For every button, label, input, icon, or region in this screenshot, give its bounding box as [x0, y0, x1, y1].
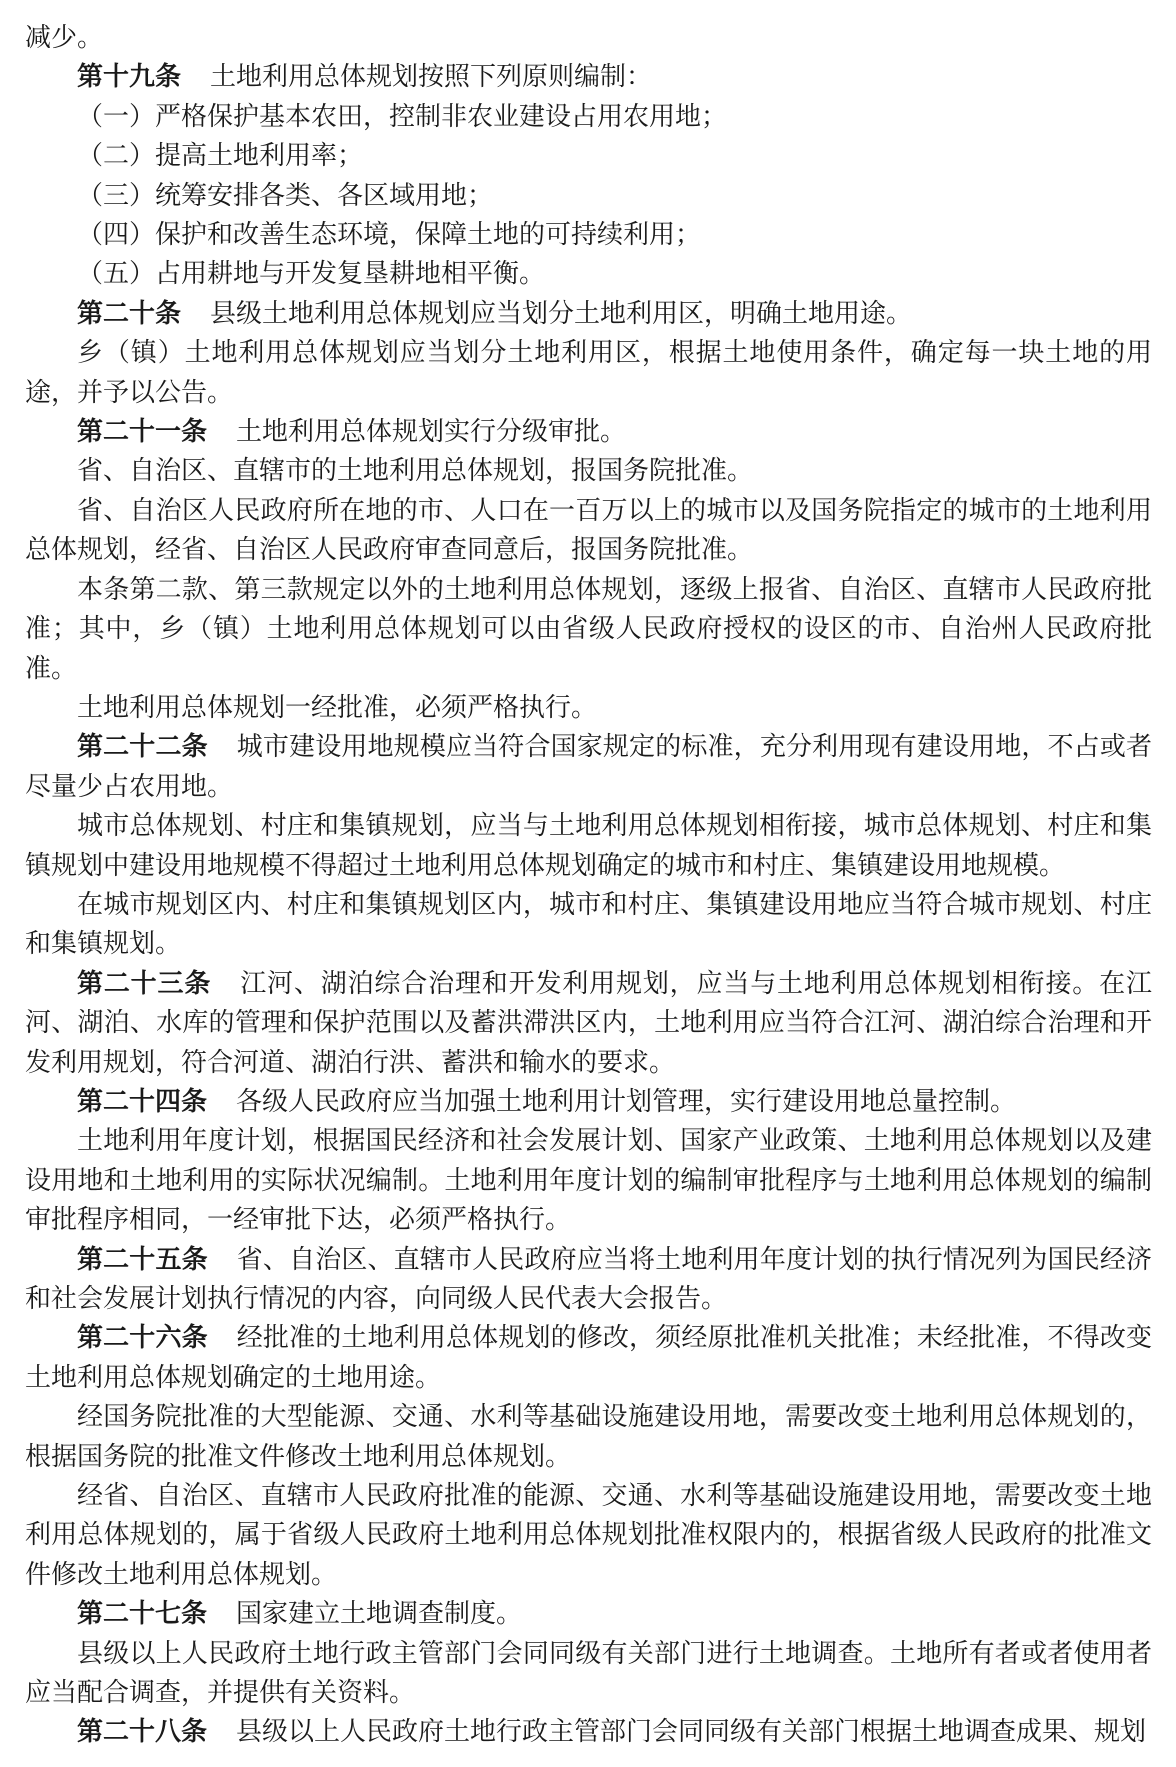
article-number: 第二十六条	[77, 1323, 237, 1353]
article-26-paragraph: 第二十六条经批准的土地利用总体规划的修改，须经原批准机关批准；未经批准，不得改变…	[25, 1319, 1152, 1398]
paragraph-text: 在城市规划区内、村庄和集镇规划区内，城市和村庄、集镇建设用地应当符合城市规划、村…	[25, 890, 1152, 959]
paragraph-text: 国家建立土地调查制度。	[236, 1599, 522, 1629]
paragraph-text: 省、自治区人民政府所在地的市、人口在一百万以上的城市以及国务院指定的城市的土地利…	[25, 496, 1152, 565]
body-paragraph: 省、自治区人民政府所在地的市、人口在一百万以上的城市以及国务院指定的城市的土地利…	[25, 492, 1152, 571]
body-paragraph: 县级以上人民政府土地行政主管部门会同同级有关部门进行土地调查。土地所有者或者使用…	[25, 1635, 1152, 1714]
list-item-4: （四）保护和改善生态环境，保障土地的可持续利用；	[25, 216, 1152, 255]
article-23-paragraph: 第二十三条江河、湖泊综合治理和开发利用规划，应当与土地利用总体规划相衔接。在江河…	[25, 965, 1152, 1083]
article-20-paragraph: 第二十条县级土地利用总体规划应当划分土地利用区，明确土地用途。	[25, 295, 1152, 334]
paragraph-text: 省、自治区、直辖市的土地利用总体规划，报国务院批准。	[77, 456, 753, 486]
paragraph-text: 本条第二款、第三款规定以外的土地利用总体规划，逐级上报省、自治区、直辖市人民政府…	[25, 575, 1152, 684]
article-number: 第二十八条	[77, 1717, 236, 1747]
article-21-paragraph: 第二十一条土地利用总体规划实行分级审批。	[25, 413, 1152, 452]
article-number: 第二十四条	[77, 1087, 236, 1117]
paragraph-text: （四）保护和改善生态环境，保障土地的可持续利用；	[77, 220, 701, 250]
paragraph-text: 县级以上人民政府土地行政主管部门会同同级有关部门根据土地调查成果、规划	[236, 1717, 1146, 1747]
article-number: 第二十一条	[77, 417, 236, 447]
list-item-2: （二）提高土地利用率；	[25, 137, 1152, 176]
body-paragraph: 土地利用年度计划，根据国民经济和社会发展计划、国家产业政策、土地利用总体规划以及…	[25, 1122, 1152, 1240]
paragraph-text: 县级以上人民政府土地行政主管部门会同同级有关部门进行土地调查。土地所有者或者使用…	[25, 1639, 1152, 1708]
paragraph-text: 土地利用年度计划，根据国民经济和社会发展计划、国家产业政策、土地利用总体规划以及…	[25, 1126, 1152, 1235]
article-24-paragraph: 第二十四条各级人民政府应当加强土地利用计划管理，实行建设用地总量控制。	[25, 1083, 1152, 1122]
body-paragraph: 经省、自治区、直辖市人民政府批准的能源、交通、水利等基础设施建设用地，需要改变土…	[25, 1477, 1152, 1595]
article-25-paragraph: 第二十五条省、自治区、直辖市人民政府应当将土地利用年度计划的执行情况列为国民经济…	[25, 1241, 1152, 1320]
paragraph-text: 土地利用总体规划一经批准，必须严格执行。	[77, 693, 597, 723]
article-28-paragraph: 第二十八条县级以上人民政府土地行政主管部门会同同级有关部门根据土地调查成果、规划	[25, 1713, 1152, 1752]
body-paragraph: 城市总体规划、村庄和集镇规划，应当与土地利用总体规划相衔接，城市总体规划、村庄和…	[25, 807, 1152, 886]
paragraph-continuation: 减少。	[25, 19, 1152, 58]
article-number: 第二十七条	[77, 1599, 236, 1629]
article-number: 第二十二条	[77, 732, 237, 762]
body-paragraph: 本条第二款、第三款规定以外的土地利用总体规划，逐级上报省、自治区、直辖市人民政府…	[25, 571, 1152, 689]
article-number: 第二十三条	[77, 969, 240, 999]
paragraph-text: 县级土地利用总体规划应当划分土地利用区，明确土地用途。	[210, 299, 912, 329]
article-number: 第十九条	[77, 62, 210, 92]
paragraph-text: 土地利用总体规划实行分级审批。	[236, 417, 626, 447]
paragraph-text: 经国务院批准的大型能源、交通、水利等基础设施建设用地，需要改变土地利用总体规划的…	[25, 1402, 1152, 1471]
paragraph-text: 减少。	[25, 23, 103, 53]
body-paragraph: 省、自治区、直辖市的土地利用总体规划，报国务院批准。	[25, 452, 1152, 491]
list-item-1: （一）严格保护基本农田，控制非农业建设占用农用地；	[25, 98, 1152, 137]
article-19-paragraph: 第十九条土地利用总体规划按照下列原则编制：	[25, 58, 1152, 97]
paragraph-text: 乡（镇）土地利用总体规划应当划分土地利用区，根据土地使用条件，确定每一块土地的用…	[25, 338, 1152, 407]
article-27-paragraph: 第二十七条国家建立土地调查制度。	[25, 1595, 1152, 1634]
paragraph-text: 经省、自治区、直辖市人民政府批准的能源、交通、水利等基础设施建设用地，需要改变土…	[25, 1481, 1152, 1590]
paragraph-text: 城市总体规划、村庄和集镇规划，应当与土地利用总体规划相衔接，城市总体规划、村庄和…	[25, 811, 1152, 880]
article-number: 第二十五条	[77, 1245, 237, 1275]
paragraph-text: （二）提高土地利用率；	[77, 141, 363, 171]
paragraph-text: 土地利用总体规划按照下列原则编制：	[210, 62, 652, 92]
paragraph-text: （一）严格保护基本农田，控制非农业建设占用农用地；	[77, 102, 727, 132]
paragraph-text: （三）统筹安排各类、各区域用地；	[77, 181, 493, 211]
document-page: 减少。 第十九条土地利用总体规划按照下列原则编制： （一）严格保护基本农田，控制…	[0, 0, 1176, 1767]
body-paragraph: 经国务院批准的大型能源、交通、水利等基础设施建设用地，需要改变土地利用总体规划的…	[25, 1398, 1152, 1477]
list-item-3: （三）统筹安排各类、各区域用地；	[25, 177, 1152, 216]
paragraph-text: 各级人民政府应当加强土地利用计划管理，实行建设用地总量控制。	[236, 1087, 1016, 1117]
article-number: 第二十条	[77, 299, 210, 329]
paragraph-text: （五）占用耕地与开发复垦耕地相平衡。	[77, 259, 545, 289]
body-paragraph: 在城市规划区内、村庄和集镇规划区内，城市和村庄、集镇建设用地应当符合城市规划、村…	[25, 886, 1152, 965]
list-item-5: （五）占用耕地与开发复垦耕地相平衡。	[25, 255, 1152, 294]
body-paragraph: 乡（镇）土地利用总体规划应当划分土地利用区，根据土地使用条件，确定每一块土地的用…	[25, 334, 1152, 413]
body-paragraph: 土地利用总体规划一经批准，必须严格执行。	[25, 689, 1152, 728]
article-22-paragraph: 第二十二条城市建设用地规模应当符合国家规定的标准，充分利用现有建设用地，不占或者…	[25, 728, 1152, 807]
